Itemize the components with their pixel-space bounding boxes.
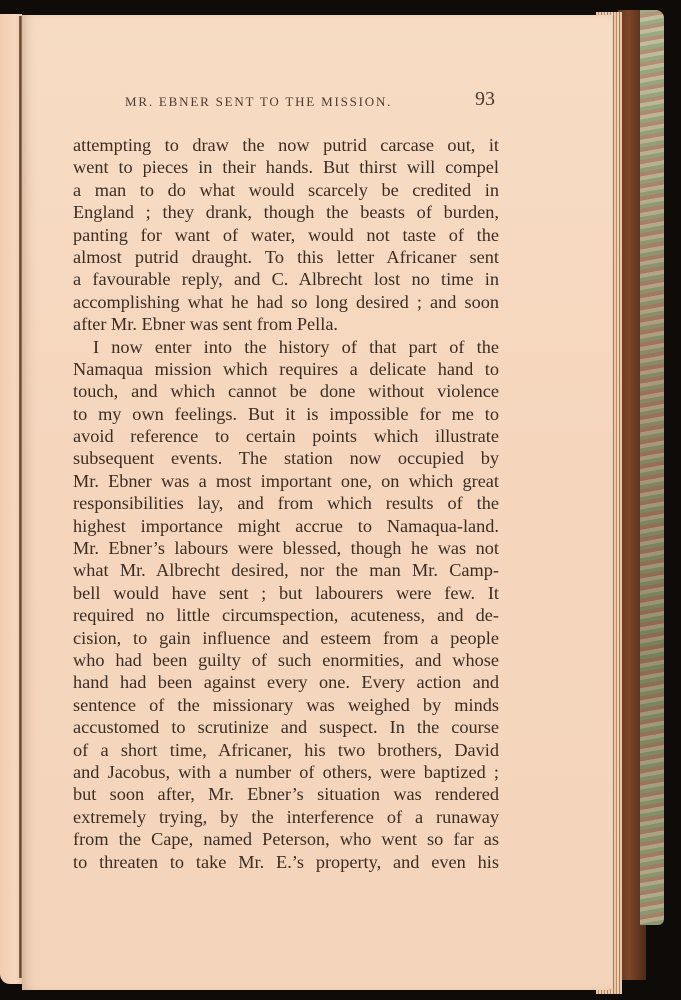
text-line: Namaqua mission which requires a delicat… [73, 358, 499, 380]
text-line: extremely trying, by the interference of… [73, 806, 499, 828]
text-line: touch, and which cannot be done without … [73, 380, 499, 402]
text-line: Mr. Ebner’s labours were blessed, though… [73, 537, 499, 559]
text-line: bell would have sent ; but labourers wer… [73, 582, 499, 604]
text-line: a favourable reply, and C. Albrecht lost… [73, 268, 499, 290]
text-line: hand had been against every one. Every a… [73, 671, 499, 693]
text-line: accomplishing what he had so long desire… [73, 291, 499, 313]
text-line: sentence of the missionary was weighed b… [73, 694, 499, 716]
text-line: required no little circumspection, acute… [73, 604, 499, 626]
running-head: MR. EBNER SENT TO THE MISSION. 93 [73, 84, 499, 112]
text-line: from the Cape, named Peterson, who went … [73, 828, 499, 850]
text-line: I now enter into the history of that par… [73, 336, 499, 358]
body-text: attempting to draw the now putrid carcas… [73, 134, 499, 873]
text-line: who had been guilty of such enormities, … [73, 649, 499, 671]
text-line: responsibilities lay, and from which res… [73, 492, 499, 514]
text-line: after Mr. Ebner was sent from Pella. [73, 313, 499, 335]
marbled-edge [640, 10, 664, 925]
text-line: attempting to draw the now putrid carcas… [73, 134, 499, 156]
running-head-title: MR. EBNER SENT TO THE MISSION. [125, 94, 392, 110]
text-line: almost putrid draught. To this letter Af… [73, 246, 499, 268]
text-line: accustomed to scrutinize and suspect. In… [73, 716, 499, 738]
text-line: panting for want of water, would not tas… [73, 224, 499, 246]
text-line: Mr. Ebner was a most important one, on w… [73, 470, 499, 492]
text-line: avoid reference to certain points which … [73, 425, 499, 447]
text-line: to my own feelings. But it is impossible… [73, 403, 499, 425]
page-number: 93 [475, 88, 495, 111]
text-line: and Jacobus, with a number of others, we… [73, 761, 499, 783]
text-line: a man to do what would scarcely be credi… [73, 179, 499, 201]
book-photo: MR. EBNER SENT TO THE MISSION. 93 attemp… [0, 0, 681, 1000]
text-line: but soon after, Mr. Ebner’s situation wa… [73, 783, 499, 805]
text-line: cision, to gain influence and esteem fro… [73, 627, 499, 649]
text-line: subsequent events. The station now occup… [73, 447, 499, 469]
text-line: England ; they drank, though the beasts … [73, 201, 499, 223]
text-line: of a short time, Africaner, his two brot… [73, 739, 499, 761]
text-line: to threaten to take Mr. E.’s property, a… [73, 851, 499, 873]
text-line: what Mr. Albrecht desired, nor the man M… [73, 559, 499, 581]
page-text-block: MR. EBNER SENT TO THE MISSION. 93 attemp… [73, 84, 499, 873]
text-line: went to pieces in their hands. But thirs… [73, 156, 499, 178]
text-line: highest importance might accrue to Namaq… [73, 515, 499, 537]
